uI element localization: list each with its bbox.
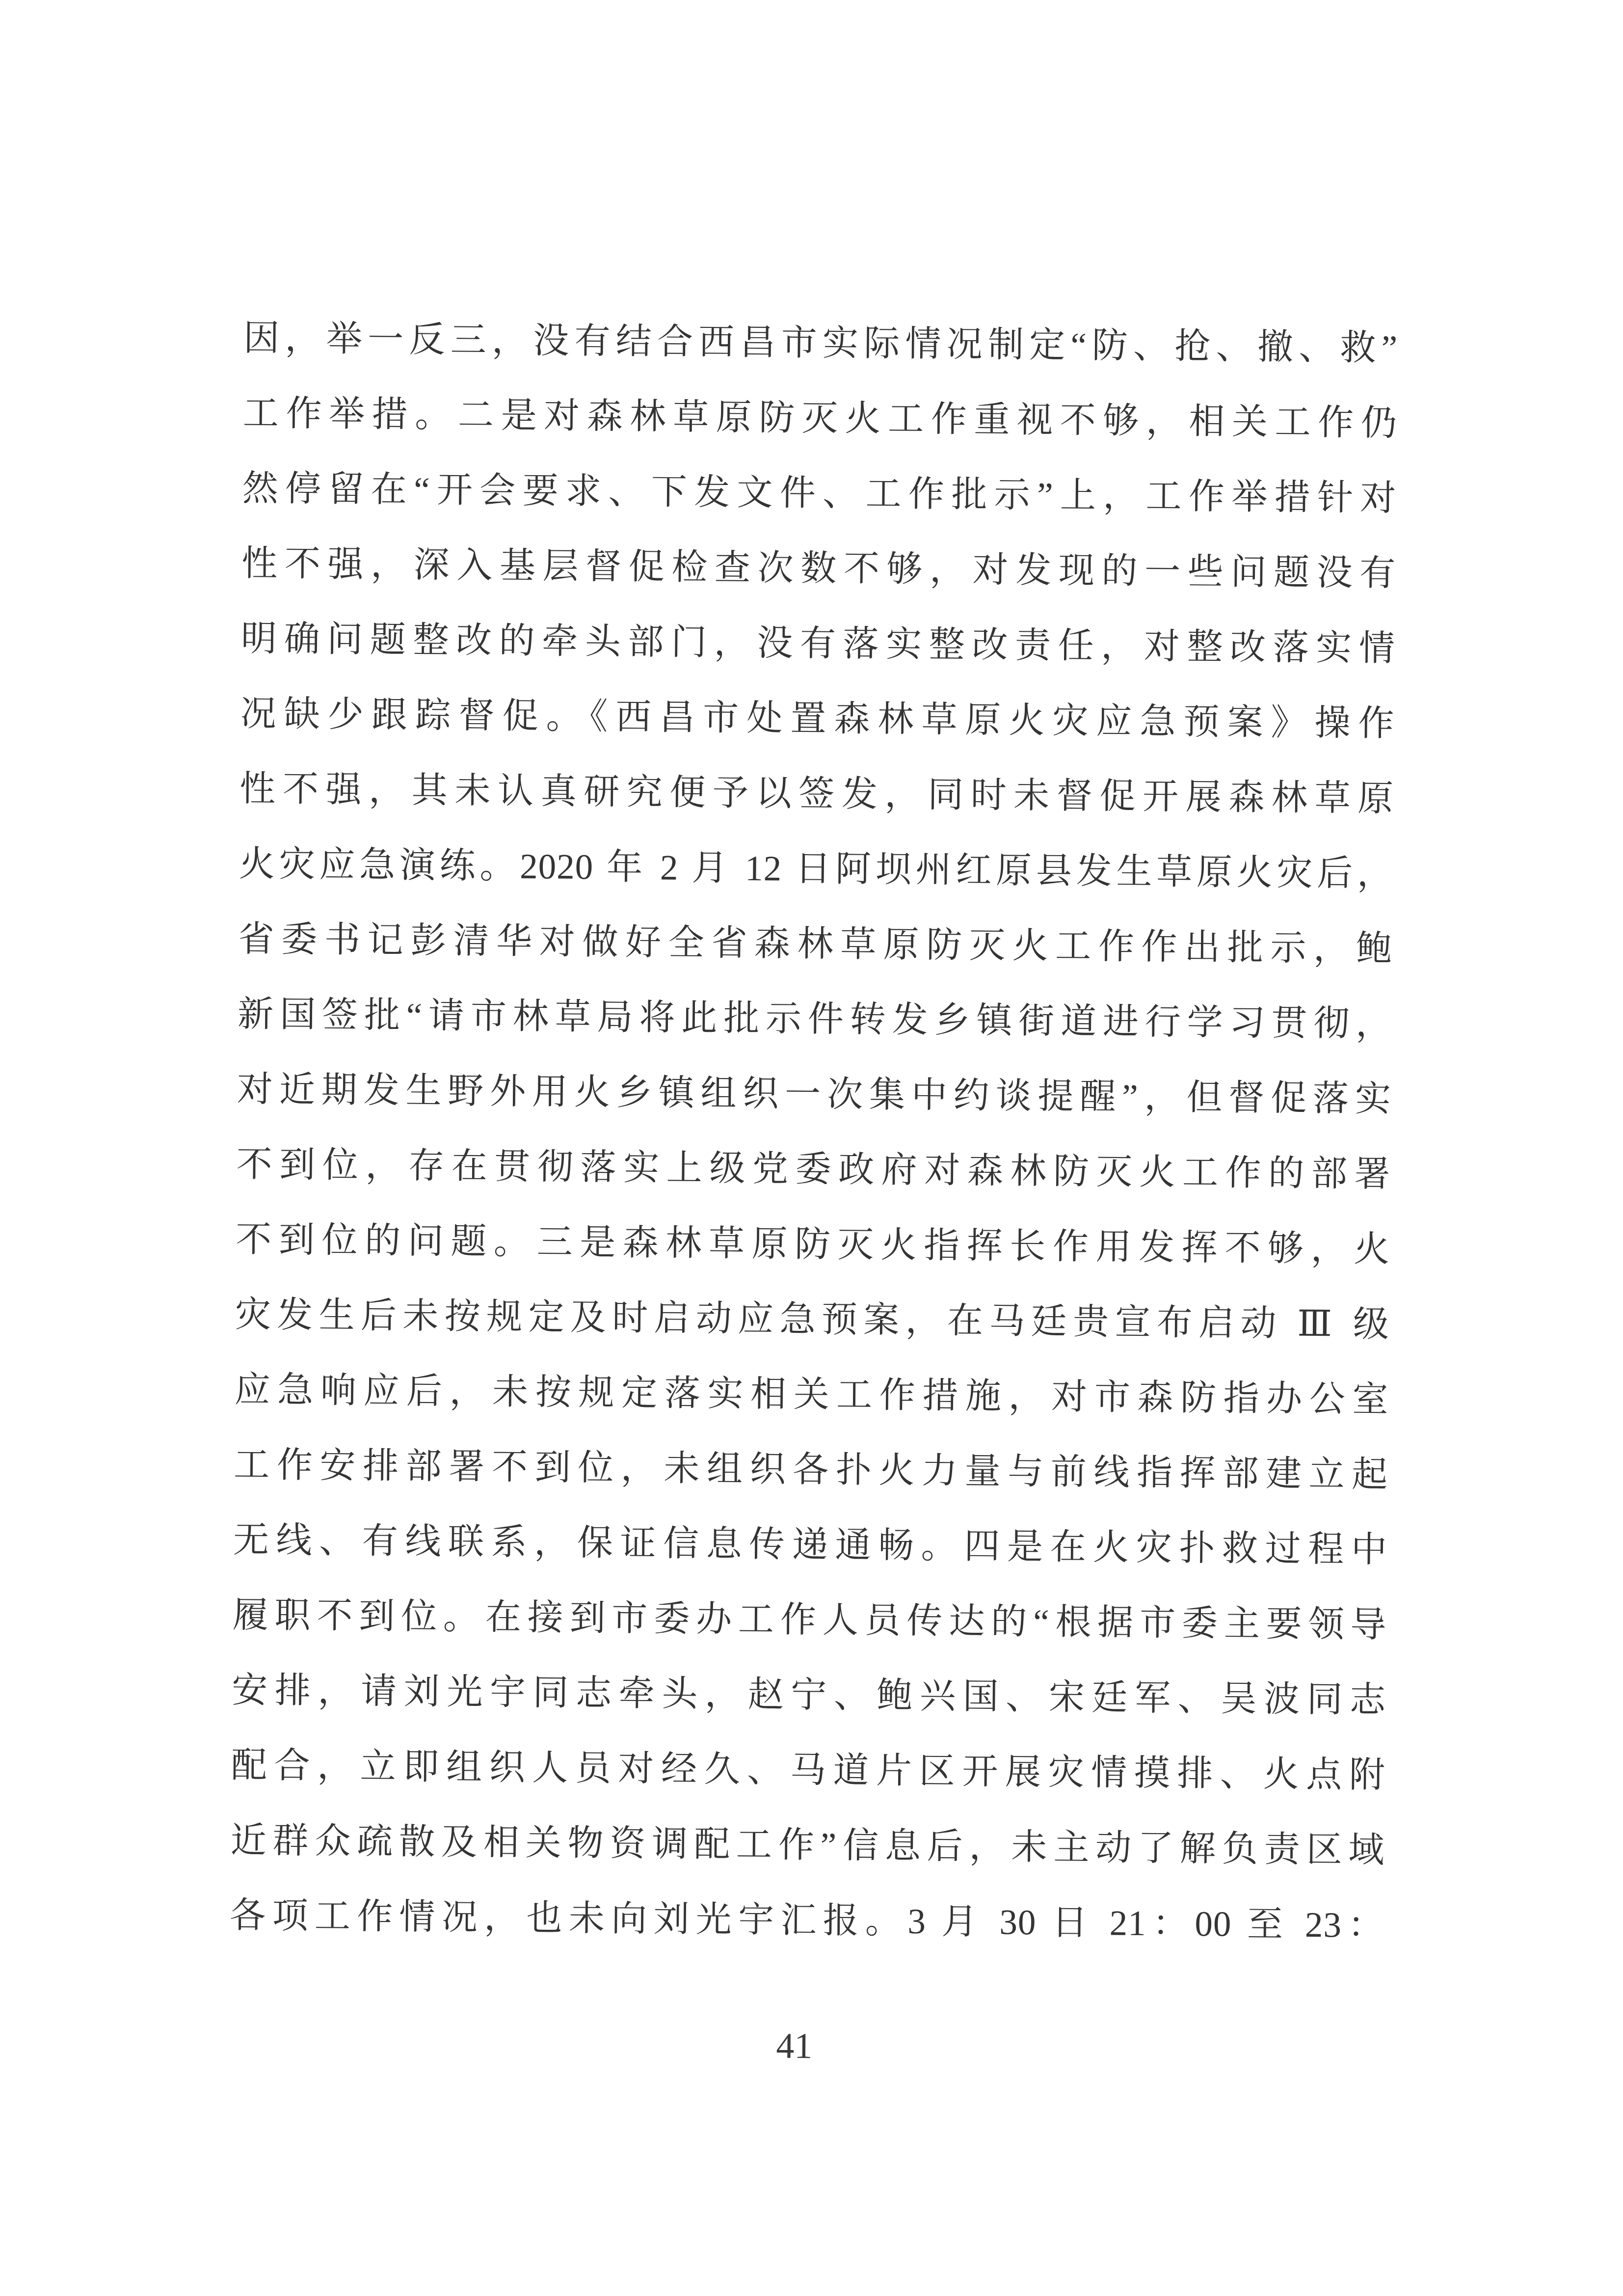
text-line-10: 新国签批“请市林草局将此批示件转发乡镇街道进行学习贯彻，: [238, 976, 1392, 1062]
text-line-14: 灾发生后未按规定及时启动应急预案，在马廷贵宣布启动 Ⅲ 级: [235, 1277, 1389, 1362]
page-number: 41: [0, 2016, 1606, 2076]
text-line-15: 应急响应后，未按规定落实相关工作措施，对市森防指办公室: [234, 1352, 1389, 1437]
text-line-21: 近群众疏散及相关物资调配工作”信息后，未主动了解负责区域: [230, 1803, 1385, 1888]
text-line-9: 省委书记彭清华对做好全省森林草原防灭火工作作出批示，鲍: [238, 901, 1393, 987]
body-text: 因，举一反三，没有结合西昌市实际情况制定“防、抢、撤、救” 工作举措。二是对森林…: [230, 300, 1398, 1963]
text-line-13: 不到位的问题。三是森林草原防灭火指挥长作用发挥不够，火: [236, 1202, 1390, 1287]
document-page: 因，举一反三，没有结合西昌市实际情况制定“防、抢、撤、救” 工作举措。二是对森林…: [0, 0, 1623, 2296]
text-line-3: 然停留在“开会要求、下发文件、工作批示”上，工作举措针对: [242, 451, 1397, 536]
text-line-7: 性不强，其未认真研究便予以签发，同时未督促开展森林草原: [239, 751, 1394, 837]
text-line-8: 火灾应急演练。2020 年 2 月 12 日阿坝州红原县发生草原火灾后，: [239, 826, 1393, 912]
text-line-16: 工作安排部署不到位，未组织各扑火力量与前线指挥部建立起: [234, 1427, 1388, 1513]
text-line-12: 不到位，存在贯彻落实上级党委政府对森林防灭火工作的部署: [236, 1127, 1391, 1212]
text-line-4: 性不强，深入基层督促检查次数不够，对发现的一些问题没有: [241, 526, 1396, 611]
text-line-6: 况缺少跟踪督促。《西昌市处置森林草原火灾应急预案》操作: [240, 676, 1395, 761]
text-line-17: 无线、有线联系，保证信息传递通畅。四是在火灾扑救过程中: [233, 1502, 1387, 1588]
text-line-1: 因，举一反三，没有结合西昌市实际情况制定“防、抢、撤、救”: [243, 300, 1398, 386]
text-line-2: 工作举措。二是对森林草原防灭火工作重视不够，相关工作仍: [242, 376, 1397, 461]
text-line-18: 履职不到位。在接到市委办工作人员传达的“根据市委主要领导: [232, 1577, 1387, 1663]
text-line-19: 安排，请刘光宇同志牵头，赵宁、鲍兴国、宋廷军、吴波同志: [232, 1652, 1386, 1738]
text-line-20: 配合，立即组织人员对经久、马道片区开展灾情摸排、火点附: [231, 1728, 1385, 1813]
text-line-5: 明确问题整改的牵头部门，没有落实整改责任，对整改落实情: [240, 601, 1395, 686]
text-line-11: 对近期发生野外用火乡镇组织一次集中约谈提醒”，但督促落实: [237, 1052, 1391, 1137]
text-line-22: 各项工作情况，也未向刘光宇汇报。3 月 30 日 21：00 至 23：: [230, 1878, 1384, 1963]
